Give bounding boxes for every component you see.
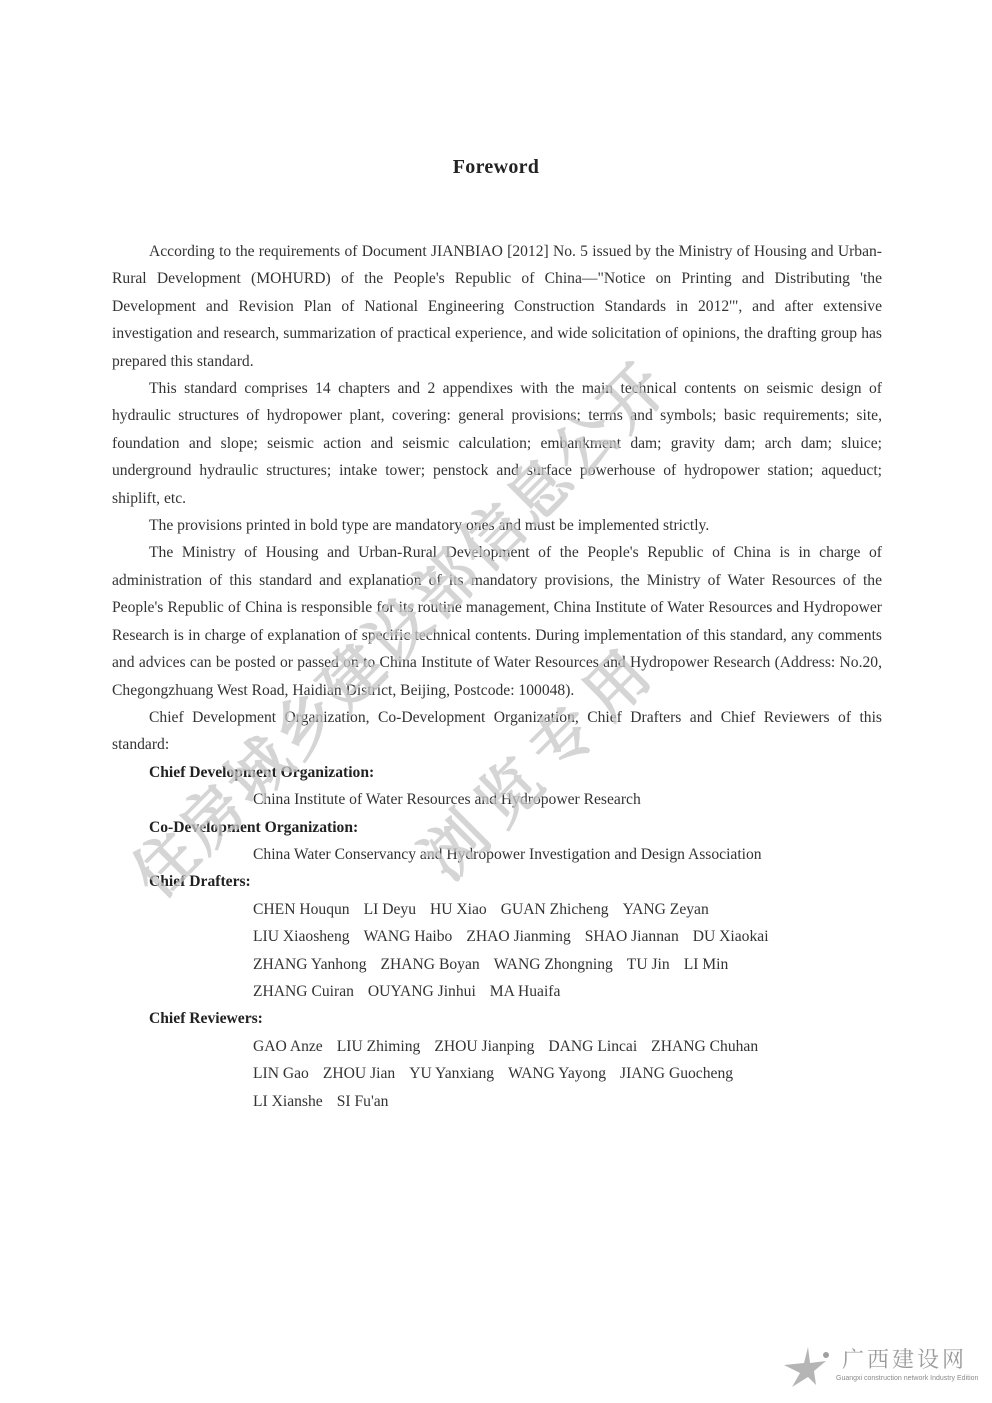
document-body: According to the requirements of Documen… (112, 238, 882, 1115)
name-row: ZHANG YanhongZHANG BoyanWANG ZhongningTU… (253, 951, 882, 978)
person-name: LI Min (684, 956, 729, 973)
paragraph-contents: This standard comprises 14 chapters and … (112, 375, 882, 512)
chief-drafters-label: Chief Drafters: (149, 868, 882, 895)
person-name: WANG Zhongning (494, 956, 613, 973)
person-name: ZHAO Jianming (466, 928, 570, 945)
person-name: LIU Xiaosheng (253, 928, 350, 945)
person-name: HU Xiao (430, 901, 487, 918)
chief-reviewers-list: GAO AnzeLIU ZhimingZHOU JianpingDANG Lin… (112, 1033, 882, 1115)
person-name: LIU Zhiming (337, 1038, 421, 1055)
person-name: SI Fu'an (337, 1093, 389, 1110)
person-name: CHEN Houqun (253, 901, 350, 918)
paragraph-mandatory: The provisions printed in bold type are … (112, 512, 882, 539)
logo-name-cn: 广西建设网 (842, 1343, 967, 1374)
person-name: GUAN Zhicheng (501, 901, 609, 918)
name-row: CHEN HouqunLI DeyuHU XiaoGUAN ZhichengYA… (253, 896, 882, 923)
person-name: YANG Zeyan (623, 901, 709, 918)
name-row: LI XiansheSI Fu'an (253, 1088, 882, 1115)
star-logo-icon (780, 1345, 830, 1389)
page-title: Foreword (0, 156, 992, 179)
person-name: OUYANG Jinhui (368, 983, 476, 1000)
name-row: GAO AnzeLIU ZhimingZHOU JianpingDANG Lin… (253, 1033, 882, 1060)
person-name: WANG Haibo (364, 928, 453, 945)
chief-reviewers-label: Chief Reviewers: (149, 1005, 882, 1032)
person-name: ZHANG Chuhan (651, 1038, 758, 1055)
person-name: ZHOU Jianping (434, 1038, 534, 1055)
person-name: GAO Anze (253, 1038, 323, 1055)
person-name: SHAO Jiannan (585, 928, 679, 945)
person-name: ZHANG Yanhong (253, 956, 367, 973)
co-development-organization-label: Co-Development Organization: (149, 814, 882, 841)
name-row: LIN GaoZHOU JianYU YanxiangWANG YayongJI… (253, 1060, 882, 1087)
person-name: ZHANG Cuiran (253, 983, 354, 1000)
chief-drafters-list: CHEN HouqunLI DeyuHU XiaoGUAN ZhichengYA… (112, 896, 882, 1006)
site-logo: 广西建设网 Guangxi construction network Indus… (772, 1341, 978, 1393)
paragraph-organizations-intro: Chief Development Organization, Co-Devel… (112, 704, 882, 759)
person-name: DANG Lincai (548, 1038, 637, 1055)
person-name: MA Huaifa (490, 983, 561, 1000)
person-name: DU Xiaokai (693, 928, 769, 945)
person-name: JIANG Guocheng (620, 1065, 733, 1082)
person-name: LIN Gao (253, 1065, 309, 1082)
paragraph-intro: According to the requirements of Documen… (112, 238, 882, 375)
paragraph-administration: The Ministry of Housing and Urban-Rural … (112, 539, 882, 703)
name-row: ZHANG CuiranOUYANG JinhuiMA Huaifa (253, 978, 882, 1005)
person-name: YU Yanxiang (409, 1065, 494, 1082)
document-page: Foreword According to the requirements o… (0, 0, 992, 1403)
name-row: LIU XiaoshengWANG HaiboZHAO JianmingSHAO… (253, 923, 882, 950)
co-development-organization-value: China Water Conservancy and Hydropower I… (253, 841, 882, 868)
logo-name-en: Guangxi construction network Industry Ed… (836, 1375, 978, 1382)
person-name: LI Xianshe (253, 1093, 323, 1110)
person-name: ZHOU Jian (323, 1065, 395, 1082)
person-name: TU Jin (627, 956, 670, 973)
person-name: ZHANG Boyan (381, 956, 480, 973)
chief-development-organization-value: China Institute of Water Resources and H… (253, 786, 882, 813)
chief-development-organization-label: Chief Development Organization: (149, 759, 882, 786)
person-name: WANG Yayong (508, 1065, 606, 1082)
person-name: LI Deyu (364, 901, 416, 918)
